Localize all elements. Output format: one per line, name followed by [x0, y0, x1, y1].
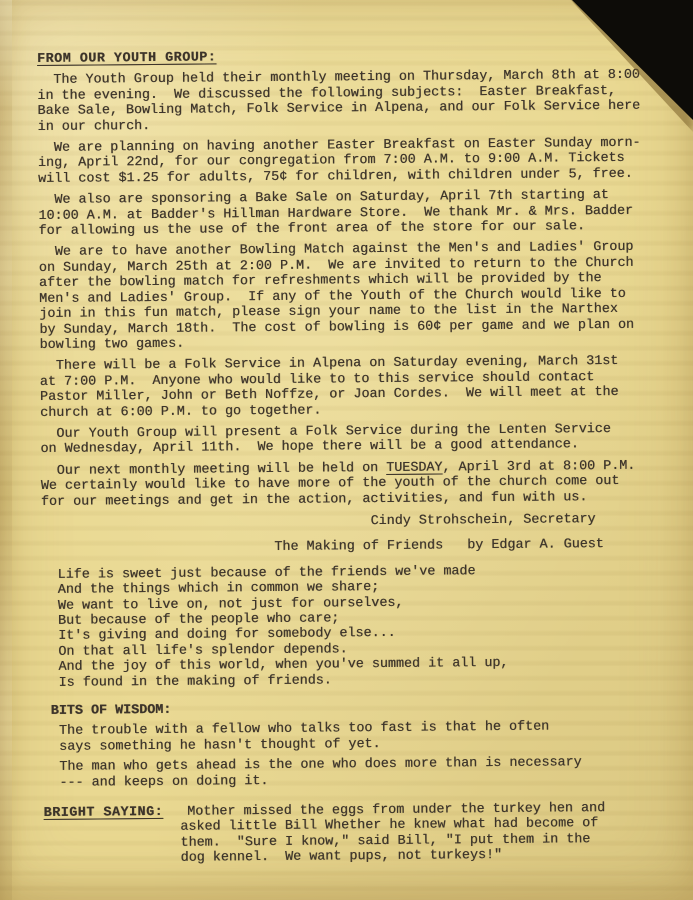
- text-line: The Making of Friends by Edgar A. Guest: [41, 537, 671, 558]
- text-line: BITS OF WISDOM:: [43, 699, 673, 720]
- paragraph-bake-sale: We also are sponsoring a Bake Sale on Sa…: [38, 188, 668, 240]
- paragraph-next-meeting: Our next monthly meeting will be held on…: [41, 458, 671, 510]
- poem-making-of-friends: Life is sweet just because of the friend…: [42, 562, 673, 691]
- wisdom-item-talks-too-fast: The trouble with a fellow who talks too …: [43, 719, 673, 755]
- paragraph-bowling-match: We are to have another Bowling Match aga…: [39, 240, 670, 353]
- section-bright-saying: BRIGHT SAYING: Mother missed the eggs fr…: [44, 801, 675, 868]
- paragraph-lenten-service: Our Youth Group will present a Folk Serv…: [40, 421, 670, 457]
- paragraph-easter-breakfast: We are planning on having another Easter…: [38, 136, 668, 188]
- wisdom-item-gets-ahead: The man who gets ahead is the one who do…: [43, 755, 673, 791]
- section-heading-bits-of-wisdom: BITS OF WISDOM:: [43, 699, 673, 720]
- scanned-page-text: FROM OUR YOUTH GROUP: The Youth Group he…: [37, 47, 674, 868]
- paragraph-monthly-meeting: The Youth Group held their monthly meeti…: [37, 68, 668, 135]
- paragraph-folk-service-alpena: There will be a Folk Service in Alpena o…: [40, 354, 671, 421]
- text-line: Cindy Strohschein, Secretary: [41, 511, 671, 532]
- poem-title-line: The Making of Friends by Edgar A. Guest: [41, 537, 671, 558]
- signature-secretary: Cindy Strohschein, Secretary: [41, 511, 671, 532]
- scanned-page: FROM OUR YOUTH GROUP: The Youth Group he…: [0, 0, 693, 900]
